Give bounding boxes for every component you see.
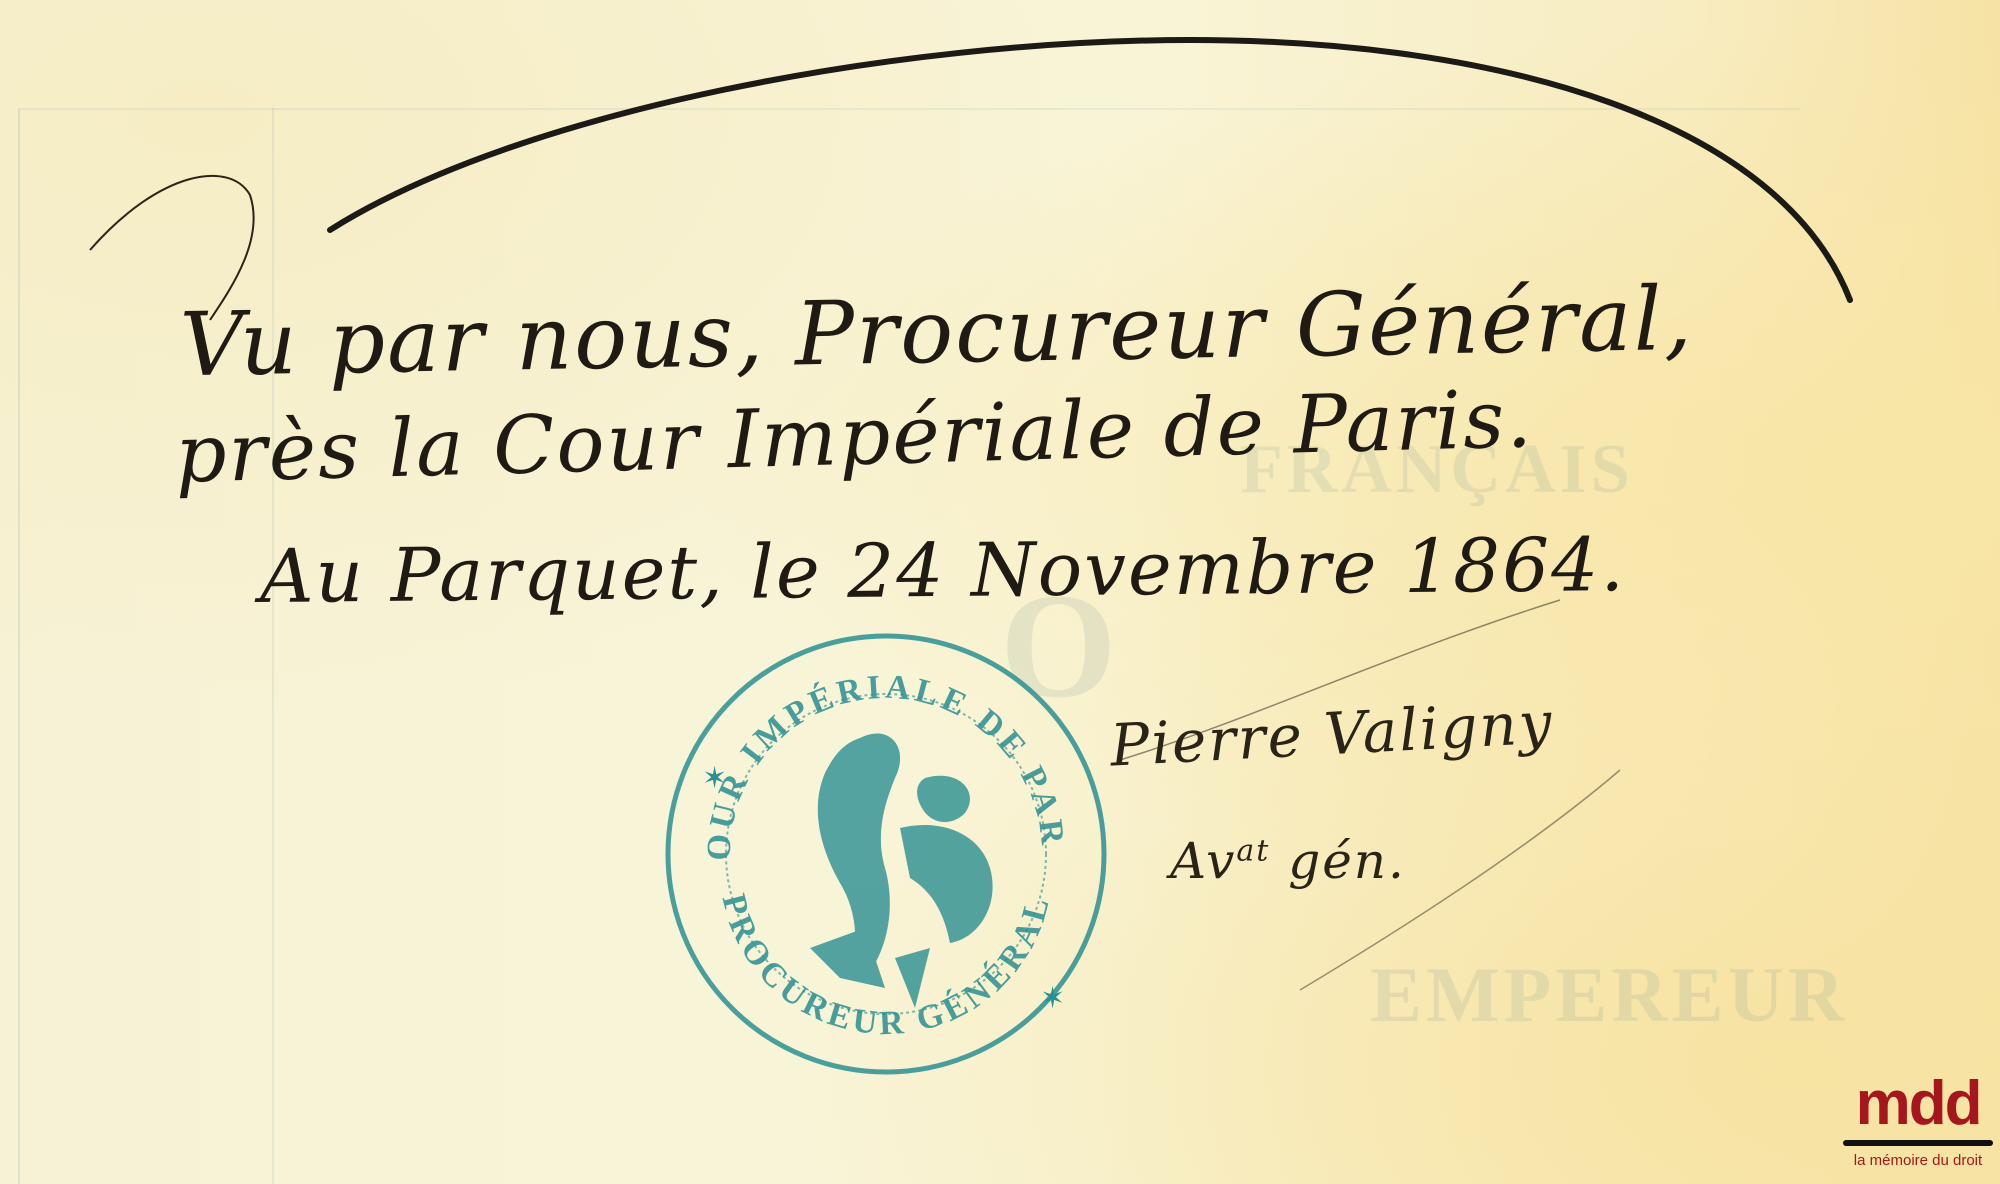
ghost-print-word: EMPEREUR [1370, 950, 1848, 1040]
stamp-star-icon: ✶ [702, 761, 727, 796]
signature-title: Avat gén. [1170, 832, 1406, 890]
logo-tagline: la mémoire du droit [1838, 1152, 1998, 1169]
signature-title-main: Av [1170, 832, 1236, 890]
signature-title-rest: gén. [1270, 832, 1406, 890]
signature-title-superscript: at [1236, 833, 1270, 868]
form-margin-line [272, 108, 274, 1184]
stamp-seal-icon: COUR IMPÉRIALE DE PARIS PROCUREUR GÉNÉRA… [660, 628, 1112, 1080]
document-page: FRANÇAIS O EMPEREUR Vu par nous, Procure… [0, 0, 2000, 1184]
eagle-emblem-icon [810, 734, 993, 1008]
mdd-logo: mdd la mémoire du droit [1838, 1074, 1998, 1184]
handwritten-line-3: Au Parquet, le 24 Novembre 1864. [260, 522, 1627, 620]
stamp-star-icon: ✶ [1040, 981, 1065, 1016]
logo-mark: mdd [1838, 1074, 1998, 1134]
court-stamp: COUR IMPÉRIALE DE PARIS PROCUREUR GÉNÉRA… [660, 628, 1112, 1080]
logo-divider [1843, 1140, 1993, 1146]
